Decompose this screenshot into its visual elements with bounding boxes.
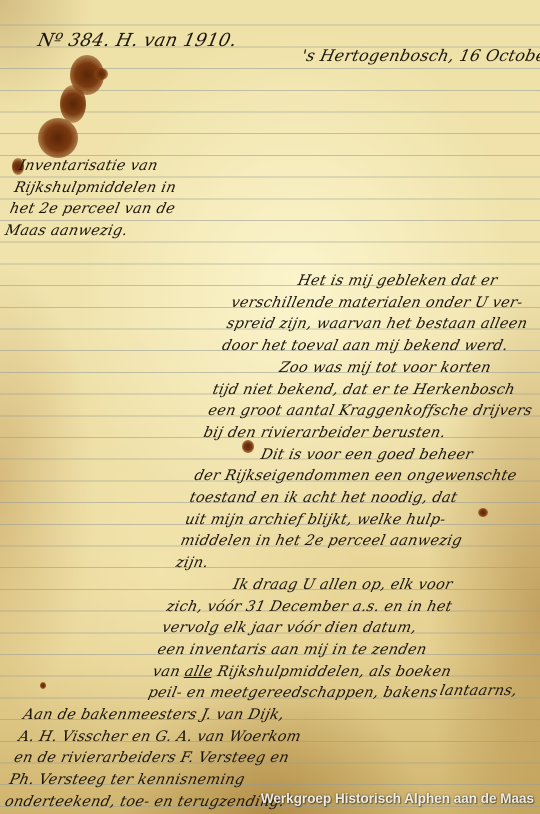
body-line: uit mijn archief blijkt, welke hulp-	[183, 510, 511, 532]
addressee-line: Ph. Versteeg ter kennisneming	[7, 770, 294, 792]
subject-line: Rijkshulpmiddelen in	[12, 178, 182, 200]
body-line: Het is mij gebleken dat er	[234, 271, 540, 293]
body-line: toestand en ik acht het noodig, dat	[187, 488, 515, 510]
addressee-line: en de rivierarbeiders F. Versteeg en	[12, 748, 299, 770]
body-continuation-word: lantaarns,	[438, 683, 518, 699]
body-line: bij den rivierarbeider berusten.	[201, 423, 529, 445]
body-line: middelen in het 2e perceel aanwezig	[178, 531, 506, 553]
subject-line: Maas aanwezig.	[3, 221, 173, 243]
addressee-line: A. H. Visscher en G. A. van Woerkom	[16, 727, 303, 749]
body-line: vervolg elk jaar vóór dien datum,	[160, 618, 488, 640]
body-line: van alle Rijkshulpmiddelen, als boeken	[150, 662, 478, 684]
place-and-date: 's Hertogenbosch, 16 October 1910	[300, 46, 540, 65]
body-line: tijd niet bekend, dat er te Herkenbosch	[210, 380, 538, 402]
ink-stain	[38, 118, 78, 158]
ink-stain	[60, 85, 86, 123]
body-line: spreid zijn, waarvan het bestaan alleen	[224, 314, 540, 336]
body-line: zich, vóór 31 December a.s. en in het	[164, 597, 492, 619]
body-line: Zoo was mij tot voor korten	[215, 358, 540, 380]
subject-line: het 2e perceel van de	[7, 199, 177, 221]
body-line: verschillende materialen onder U ver-	[229, 293, 540, 315]
ink-stain	[94, 68, 108, 80]
addressee-line: onderteekend, toe- en terugzending.	[2, 792, 289, 814]
watermark: Werkgroep Historisch Alphen aan de Maas	[261, 791, 534, 806]
letter-page: Nº 384. H. van 1910. 's Hertogenbosch, 1…	[0, 0, 540, 814]
ink-stain	[40, 682, 46, 689]
body-line: een groot aantal Kraggenkoffsche drijver…	[206, 401, 534, 423]
subject-line: Inventarisatie van	[17, 156, 187, 178]
body-line: Dit is voor een goed beheer	[197, 445, 525, 467]
body-line: Ik draag U allen op, elk voor	[169, 575, 497, 597]
body-line: der Rijkseigendommen een ongewenschte	[192, 466, 520, 488]
body-line: een inventaris aan mij in te zenden	[155, 640, 483, 662]
body-line: zijn.	[174, 553, 502, 575]
document-reference: Nº 384. H. van 1910.	[36, 30, 239, 51]
body-line: peil- en meetgereedschappen, bakens	[146, 683, 474, 705]
addressee-line: Aan de bakenmeesters J. van Dijk,	[21, 705, 308, 727]
body-line: door het toeval aan mij bekend werd.	[220, 336, 540, 358]
underlined-word: alle	[183, 664, 214, 680]
subject-block: Inventarisatie van Rijkshulpmiddelen in …	[3, 156, 186, 243]
